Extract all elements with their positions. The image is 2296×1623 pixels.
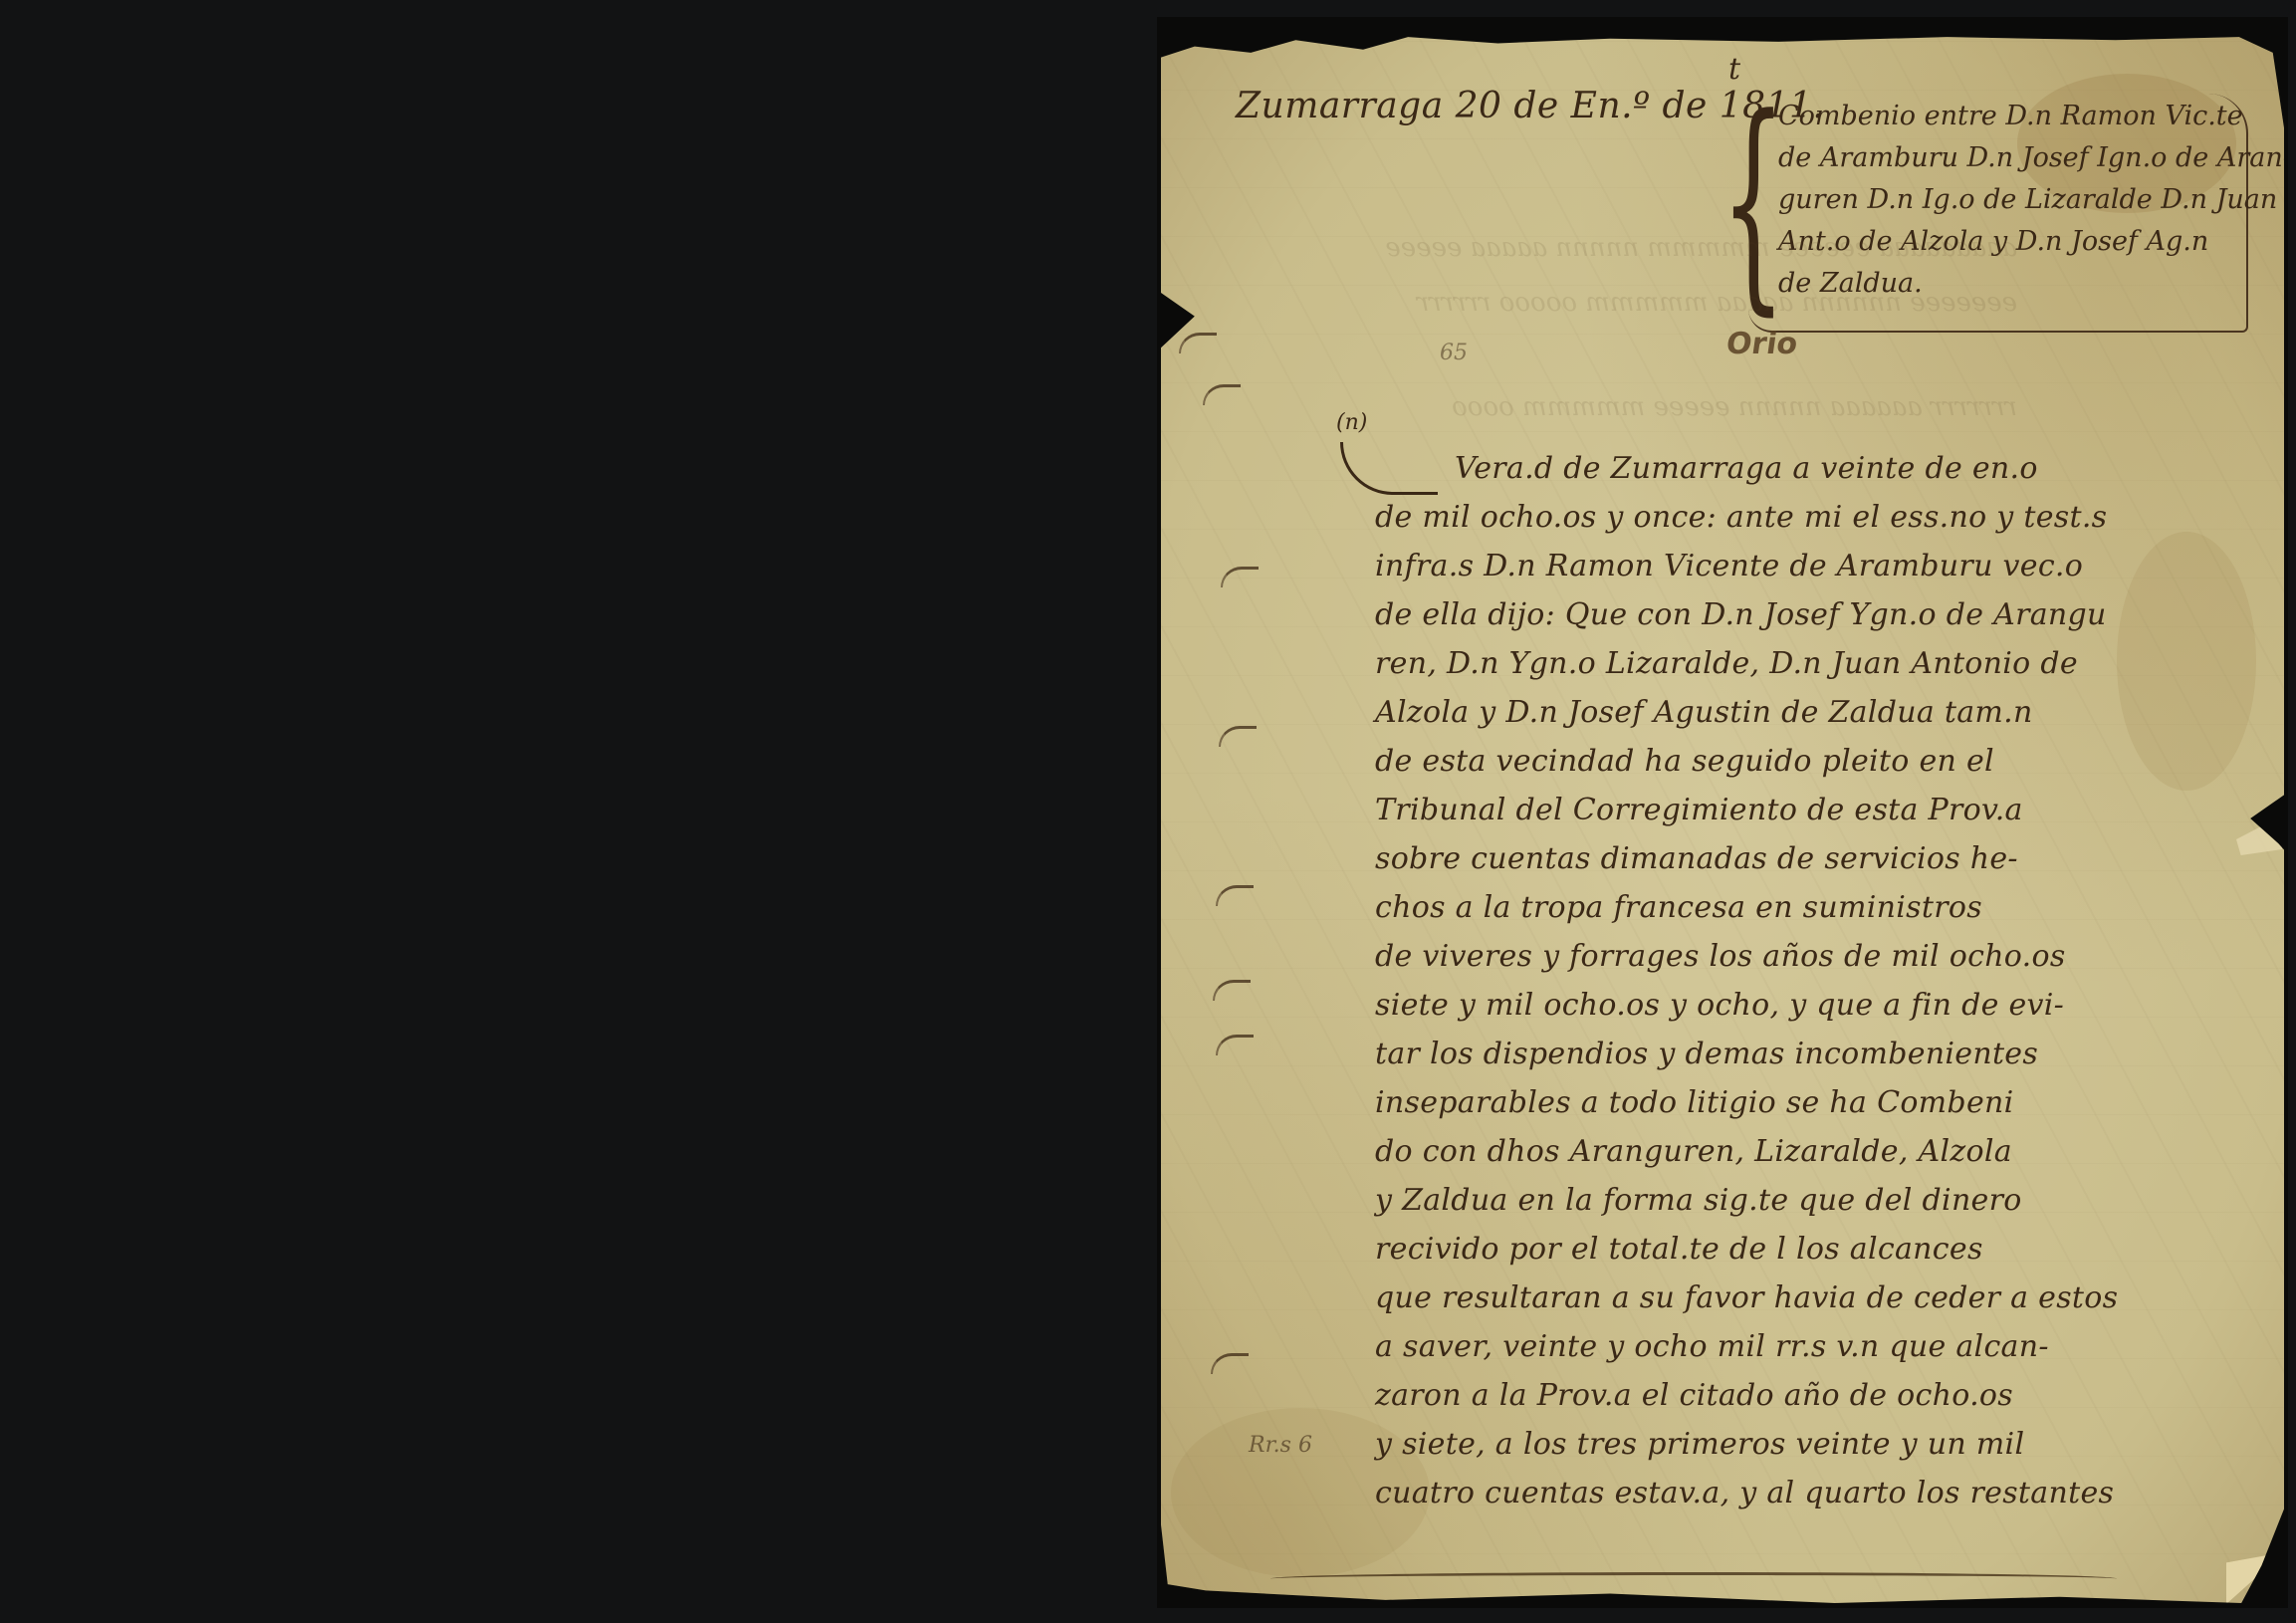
- closing-flourish: [1270, 1572, 2117, 1585]
- body-line: cuatro cuentas estav.a, y al quarto los …: [1375, 1469, 2271, 1517]
- body-line: tar los dispendios y demas incombeniente…: [1375, 1030, 2271, 1078]
- body-line: de ella dijo: Que con D.n Josef Ygn.o de…: [1375, 590, 2271, 639]
- body-line: Alzola y D.n Josef Agustin de Zaldua tam…: [1375, 688, 2271, 737]
- body-line: sobre cuentas dimanadas de servicios he-: [1375, 834, 2271, 883]
- body-line: infra.s D.n Ramon Vicente de Aramburu ve…: [1375, 542, 2271, 590]
- margin-note: Rr.s 6: [1249, 1433, 1312, 1458]
- faint-number: 65: [1440, 341, 1468, 365]
- body-line: ren, D.n Ygn.o Lizaralde, D.n Juan Anton…: [1375, 639, 2271, 688]
- body-text: Vera.d de Zumarraga a veinte de en.o de …: [1375, 444, 2271, 1517]
- body-line: y Zaldua en la forma sig.te que del dine…: [1375, 1176, 2271, 1225]
- body-line: chos a la tropa francesa en suministros: [1375, 883, 2271, 932]
- body-line: de mil ocho.os y once: ante mi el ess.no…: [1375, 493, 2271, 542]
- margin-initial: (n): [1336, 410, 1367, 435]
- summary-line: guren D.n Ig.o de Lizaralde D.n Juan: [1778, 179, 2236, 221]
- body-line: do con dhos Aranguren, Lizaralde, Alzola: [1375, 1127, 2271, 1176]
- body-line: recivido por el total.te de l los alcanc…: [1375, 1225, 2271, 1274]
- summary-text: Combenio entre D.n Ramon Vic.te de Aramb…: [1778, 96, 2236, 305]
- orio-stamp: Orio: [1724, 327, 1800, 361]
- body-line: de viveres y forrages los años de mil oc…: [1375, 932, 2271, 981]
- body-line: inseparables a todo litigio se ha Comben…: [1375, 1078, 2271, 1127]
- bleed-through-text: eeeeeee nnnnnn aaaaa mmmmm ooooo rrrrrr: [1241, 288, 2017, 302]
- brace-icon: {: [1721, 94, 1786, 313]
- body-line: Tribunal del Corregimiento de esta Prov.…: [1375, 786, 2271, 834]
- body-line: que resultaran a su favor havia de ceder…: [1375, 1274, 2271, 1322]
- manuscript-page: Zumarraga 20 de En.º de 1811. t { Comben…: [1161, 34, 2284, 1603]
- body-line: zaron a la Prov.a el citado año de ocho.…: [1375, 1371, 2271, 1420]
- summary-line: de Aramburu D.n Josef Ign.o de Aran-: [1778, 137, 2236, 179]
- body-line: de esta vecindad ha seguido pleito en el: [1375, 737, 2271, 786]
- summary-line: Combenio entre D.n Ramon Vic.te: [1778, 96, 2236, 137]
- bleed-through-text: aaaaaaaaa eeeeee mmmmm nnnnn aaaaa eeeee: [1241, 233, 2017, 247]
- body-line: y siete, a los tres primeros veinte y un…: [1375, 1420, 2271, 1469]
- body-line: siete y mil ocho.os y ocho, y que a fin …: [1375, 981, 2271, 1030]
- body-line: a saver, veinte y ocho mil rr.s v.n que …: [1375, 1322, 2271, 1371]
- bleed-through-text: rrrrrrr aaaaaa nnnnn eeeee mmmmm oooo: [1241, 392, 2017, 406]
- document-viewer: Zumarraga 20 de En.º de 1811. t { Comben…: [0, 0, 2296, 1623]
- body-line: Vera.d de Zumarraga a veinte de en.o: [1375, 444, 2271, 493]
